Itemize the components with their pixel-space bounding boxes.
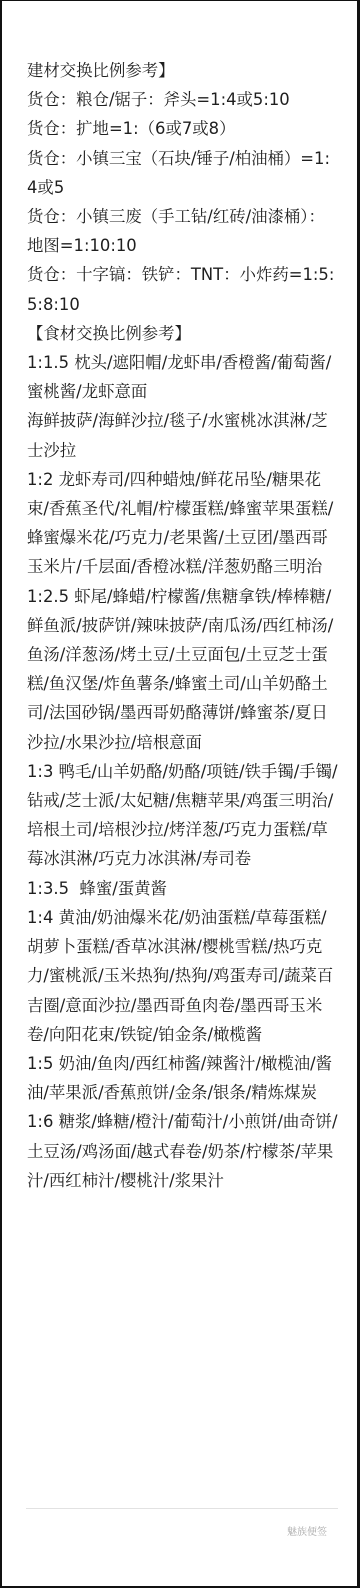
note-line-ratio-1-1.5-cont: 海鲜披萨/海鲜沙拉/毯子/水蜜桃冰淇淋/芝士沙拉 — [27, 406, 339, 464]
note-line-food-header: 【食材交换比例参考】 — [27, 319, 339, 348]
note-line-ratio-1-3: 1:3 鸭毛/山羊奶酪/奶酪/项链/铁手镯/手镯/钻戒/芝士派/太妃糖/焦糖苹果… — [27, 757, 339, 874]
note-card: 建材交换比例参考】 货仓：粮仓/锯子：斧头=1:4或5:10 货仓：扩地=1:（… — [0, 0, 360, 1588]
note-line-ratio-1-2.5: 1:2.5 虾尾/蜂蜡/柠檬酱/焦糖拿铁/棒棒糖/鲜鱼派/披萨饼/辣味披萨/南瓜… — [27, 582, 339, 757]
app-brand-label: 魅族便签 — [287, 1523, 327, 1538]
footer-divider — [26, 1508, 338, 1509]
note-line-ratio-1-5: 1:5 奶油/鱼肉/西红柿酱/辣酱汁/橄榄油/酱油/苹果派/香蕉煎饼/金条/银条… — [27, 1049, 339, 1107]
note-line-ratio-1-3.5: 1:3.5 蜂蜜/蛋黄酱 — [27, 874, 339, 903]
note-line-expand-land-ratio: 货仓：扩地=1:（6或7或8） — [27, 114, 339, 143]
note-line-town-three-wastes: 货仓：小镇三废（手工钻/红砖/油漆桶）：地图=1:10:10 — [27, 202, 339, 260]
note-line-building-header: 建材交换比例参考】 — [27, 56, 339, 85]
note-line-town-three-treasures: 货仓：小镇三宝（石块/锤子/柏油桶）=1:4或5 — [27, 144, 339, 202]
note-line-granary-ratio: 货仓：粮仓/锯子：斧头=1:4或5:10 — [27, 85, 339, 114]
note-line-ratio-1-1.5: 1:1.5 枕头/遮阳帽/龙虾串/香橙酱/葡萄酱/蜜桃酱/龙虾意面 — [27, 348, 339, 406]
note-line-ratio-1-6: 1:6 糖浆/蜂糖/橙汁/葡萄汁/小煎饼/曲奇饼/土豆汤/鸡汤面/越式春卷/奶茶… — [27, 1107, 339, 1195]
note-line-ratio-1-2: 1:2 龙虾寿司/四种蜡烛/鲜花吊坠/糖果花束/香蕉圣代/礼帽/柠檬蛋糕/蜂蜜苹… — [27, 465, 339, 582]
note-line-tools-ratio: 货仓：十字镐：铁铲：TNT：小炸药=1:5:5:8:10 — [27, 260, 339, 318]
note-line-ratio-1-4: 1:4 黄油/奶油爆米花/奶油蛋糕/草莓蛋糕/胡萝卜蛋糕/香草冰淇淋/樱桃雪糕/… — [27, 903, 339, 1049]
note-content[interactable]: 建材交换比例参考】 货仓：粮仓/锯子：斧头=1:4或5:10 货仓：扩地=1:（… — [27, 56, 339, 1195]
